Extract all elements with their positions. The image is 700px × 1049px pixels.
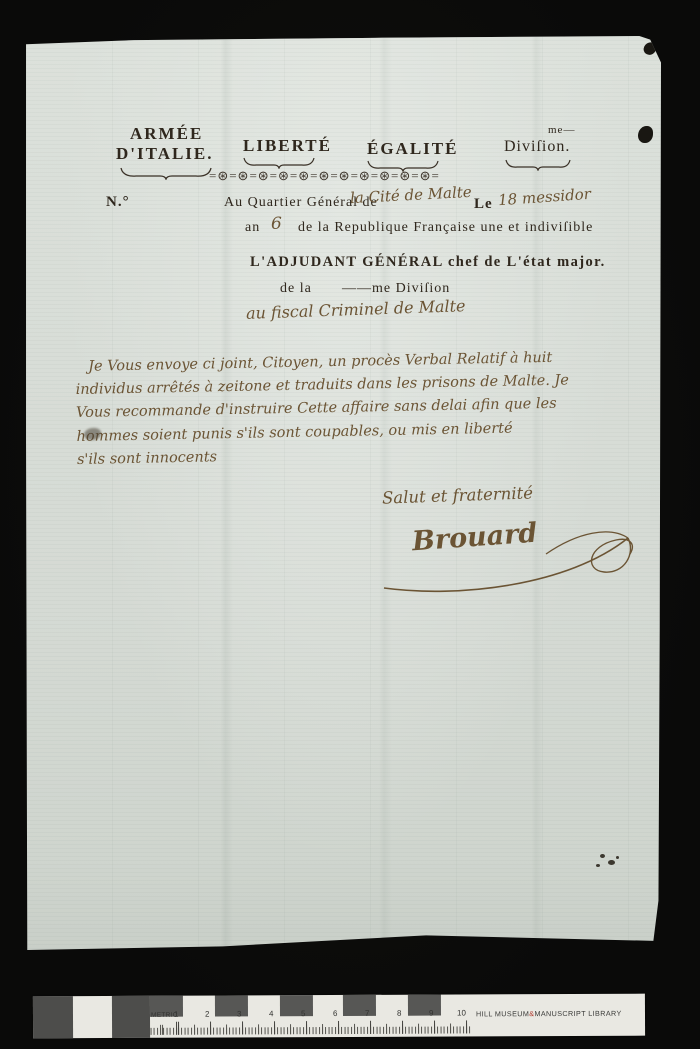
ruler-shaded-square [280, 995, 313, 1016]
ruler-number: 2 [205, 1010, 209, 1019]
ruler-number: 6 [333, 1009, 337, 1018]
gray-calibration-patch [33, 996, 73, 1038]
letterhead-liberty: LIBERTÉ [243, 136, 332, 156]
ruler-number: 3 [237, 1009, 241, 1018]
ruler-shaded-square [343, 995, 376, 1016]
signature-flourish [378, 524, 643, 607]
letterhead-division: Diviſion. [504, 138, 570, 156]
ink-speck [616, 856, 619, 859]
place-handwritten: la Cité de Malte [350, 183, 472, 207]
letterhead-division-superscript: me— [548, 124, 575, 136]
an-printed: an [245, 220, 260, 236]
ink-speck [596, 864, 600, 867]
library-name-part1: HILL MUSEUM [476, 1009, 529, 1018]
division-blank-line: ——me Diviſion [342, 281, 450, 297]
underbrace-decoration [118, 166, 214, 180]
ink-speck [608, 860, 615, 865]
adjudant-general-line: L'ADJUDANT GÉNÉRAL chef de L'état major. [250, 254, 606, 271]
ink-blot [638, 126, 653, 143]
number-label: N.° [106, 194, 130, 211]
printer-ornament-row: =⊛=⊛=⊛=⊛=⊛=⊛=⊛=⊛=⊛=⊛=⊛= [209, 168, 440, 184]
metric-scale-bar: METRIC 1 2 3 4 5 6 7 8 9 10 HILL MUSEUM&… [33, 994, 645, 1039]
ruler-number: 10 [457, 1008, 466, 1017]
le-printed: Le [474, 196, 493, 213]
ruler-number: 4 [269, 1009, 273, 1018]
letterhead-equality: ÉGALITÉ [367, 139, 458, 159]
ruler-cm-ticks [150, 1020, 472, 1034]
date-handwritten: 18 messidor [497, 185, 591, 209]
letterhead-army-line1: ARMÉE [130, 124, 203, 144]
letterhead-army-line2: D'ITALIE. [116, 144, 214, 164]
ruler-number: 8 [397, 1009, 401, 1018]
photo-stage: ARMÉE D'ITALIE. LIBERTÉ ÉGALITÉ me— Divi… [0, 0, 700, 1049]
ruler-number: 5 [301, 1009, 305, 1018]
manuscript-page: ARMÉE D'ITALIE. LIBERTÉ ÉGALITÉ me— Divi… [26, 36, 661, 950]
republic-printed: de la Republique Française une et indivi… [298, 220, 593, 236]
ruler-shaded-square [215, 995, 248, 1016]
ink-speck [600, 854, 605, 858]
closing-salutation: Salut et fraternité [382, 483, 534, 507]
library-name-part2: MANUSCRIPT LIBRARY [534, 1009, 621, 1018]
library-credit-label: HILL MUSEUM&MANUSCRIPT LIBRARY [476, 1009, 622, 1019]
underbrace-decoration [504, 158, 572, 171]
ruler-number: 1 [174, 1010, 178, 1019]
ruler-shaded-square [408, 995, 441, 1016]
de-la-printed: de la [280, 281, 312, 297]
addressee-handwritten: au fiscal Criminel de Malte [246, 296, 466, 323]
ruler-number: 9 [429, 1009, 433, 1018]
ink-blot [642, 40, 658, 57]
gray-calibration-patch [112, 996, 150, 1038]
ruler-number: 7 [365, 1009, 369, 1018]
letter-body: Je Vous envoye ci joint, Citoyen, un pro… [75, 345, 633, 472]
an-handwritten: 6 [271, 214, 282, 234]
